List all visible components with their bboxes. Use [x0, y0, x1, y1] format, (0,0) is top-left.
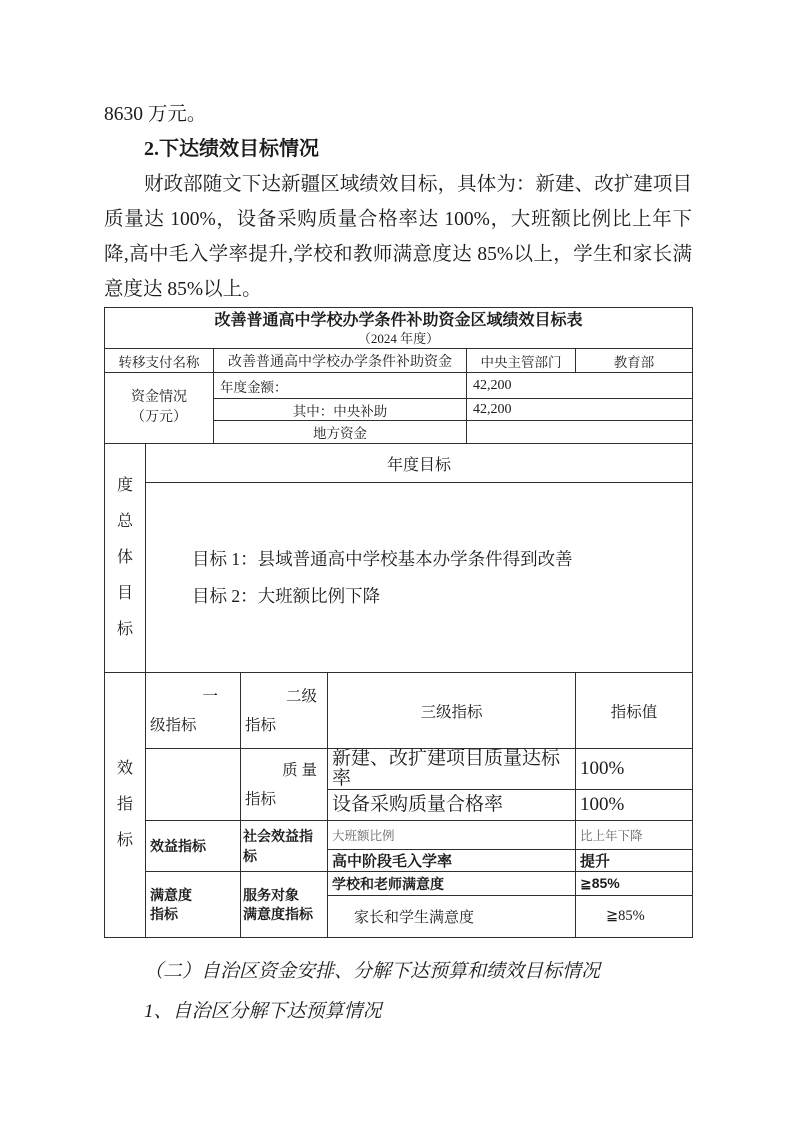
- footer-item-heading: 1、自治区分解下达预算情况: [104, 992, 692, 1032]
- indicator-new-construction-value: 100%: [576, 749, 693, 790]
- indicator-school-teacher-satisfaction-value: ≧85%: [576, 872, 693, 896]
- footer-subsection-heading: （二）自治区资金安排、分解下达预算和绩效目标情况: [104, 952, 692, 992]
- benefit-indicator-label: 效益指标: [146, 821, 241, 872]
- annual-amount-label: 年度金额：: [214, 373, 467, 399]
- indicator-new-construction: 新建、改扩建项目质量达标率: [328, 749, 576, 790]
- satisfaction-indicator-label: 满意度 指标: [146, 872, 241, 938]
- annual-amount-value: 42,200: [467, 373, 693, 399]
- section-heading: 2.下达绩效目标情况: [104, 132, 692, 167]
- indicator-parent-student-satisfaction: 家长和学生满意度: [328, 896, 576, 938]
- quality-label-line1: 质 量: [245, 756, 323, 785]
- transfer-name-value: 改善普通高中学校办学条件补助资金: [214, 349, 467, 373]
- local-fund-label: 地方资金: [214, 421, 467, 444]
- indicator-value-header: 指标值: [576, 673, 693, 749]
- annual-goal-header: 年度目标: [146, 444, 693, 483]
- annual-goal-content: 目标 1：县域普通高中学校基本办学条件得到改善 目标 2：大班额比例下降: [146, 483, 693, 673]
- table-row: 满意度 指标 服务对象 满意度指标 学校和老师满意度 ≧85%: [105, 872, 693, 896]
- central-subsidy-value: 42,200: [467, 399, 693, 421]
- document-page: 8630 万元。 2.下达绩效目标情况 财政部随文下达新疆区域绩效目标，具体为：…: [0, 0, 793, 1122]
- performance-indicator-side-label: 效 指 标: [105, 673, 146, 938]
- indicator-parent-student-satisfaction-value: ≧85%: [576, 896, 693, 938]
- level1-indicator-header: 一 级指标: [146, 673, 241, 749]
- table-subtitle: （2024 年度）: [109, 331, 688, 347]
- table-row: 质 量 指标 新建、改扩建项目质量达标率 100%: [105, 749, 693, 790]
- paragraph-amount: 8630 万元。: [104, 0, 692, 132]
- service-object-satisfaction-label: 服务对象 满意度指标: [241, 872, 328, 938]
- footer-section: （二）自治区资金安排、分解下达预算和绩效目标情况 1、自治区分解下达预算情况: [104, 952, 692, 1032]
- table-row: 效 指 标 一 级指标 二级 指标 三级指标 指标值: [105, 673, 693, 749]
- transfer-name-label: 转移支付名称: [105, 349, 214, 373]
- table-row: 资金情况 （万元） 年度金额： 42,200: [105, 373, 693, 399]
- indicator-school-teacher-satisfaction: 学校和老师满意度: [328, 872, 576, 896]
- level2-header-line2: 指标: [245, 711, 323, 740]
- table-row: 改善普通高中学校办学条件补助资金区域绩效目标表 （2024 年度）: [105, 308, 693, 349]
- page-content: 8630 万元。 2.下达绩效目标情况 财政部随文下达新疆区域绩效目标，具体为：…: [104, 0, 692, 1032]
- table-row: 目标 1：县域普通高中学校基本办学条件得到改善 目标 2：大班额比例下降: [105, 483, 693, 673]
- indicator-large-class-ratio-value: 比上年下降: [576, 821, 693, 850]
- quality-label-line2: 指标: [245, 785, 323, 814]
- level1-header-line2: 级指标: [150, 711, 236, 740]
- table-row: 转移支付名称 改善普通高中学校办学条件补助资金 中央主管部门 教育部: [105, 349, 693, 373]
- level1-header-line1: 一: [150, 682, 236, 711]
- level2-indicator-header: 二级 指标: [241, 673, 328, 749]
- central-dept-value: 教育部: [576, 349, 693, 373]
- indicator-gross-enrollment-value: 提升: [576, 850, 693, 872]
- table-row: 度 总 体 目 标 年度目标: [105, 444, 693, 483]
- paragraph-targets: 财政部随文下达新疆区域绩效目标，具体为：新建、改扩建项目质量达 100%，设备采…: [104, 167, 692, 307]
- social-benefit-indicator-label: 社会效益指标: [241, 821, 328, 872]
- quality-level1-cell: [146, 749, 241, 821]
- table-title-cell: 改善普通高中学校办学条件补助资金区域绩效目标表 （2024 年度）: [105, 308, 693, 349]
- indicator-equipment-purchase: 设备采购质量合格率: [328, 790, 576, 821]
- regional-performance-target-table: 改善普通高中学校办学条件补助资金区域绩效目标表 （2024 年度） 转移支付名称…: [104, 307, 693, 938]
- table-title: 改善普通高中学校办学条件补助资金区域绩效目标表: [109, 310, 688, 331]
- central-dept-label: 中央主管部门: [467, 349, 576, 373]
- local-fund-value: [467, 421, 693, 444]
- annual-overall-goal-side-label: 度 总 体 目 标: [105, 444, 146, 673]
- fund-status-label: 资金情况 （万元）: [105, 373, 214, 444]
- table-row: 效益指标 社会效益指标 大班额比例 比上年下降: [105, 821, 693, 850]
- indicator-equipment-purchase-value: 100%: [576, 790, 693, 821]
- quality-indicator-label: 质 量 指标: [241, 749, 328, 821]
- level3-indicator-header: 三级指标: [328, 673, 576, 749]
- indicator-large-class-ratio: 大班额比例: [328, 821, 576, 850]
- level2-header-line1: 二级: [245, 682, 323, 711]
- central-subsidy-label: 其中：中央补助: [214, 399, 467, 421]
- indicator-gross-enrollment: 高中阶段毛入学率: [328, 850, 576, 872]
